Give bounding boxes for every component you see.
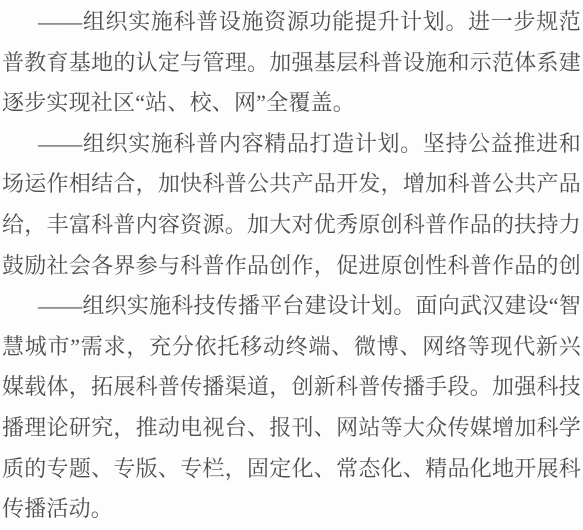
- text-line: ——组织实施科普设施资源功能提升计划。进一步规范科: [2, 2, 581, 43]
- paragraph-facility-program: ——组织实施科普设施资源功能提升计划。进一步规范科 普教育基地的认定与管理。加强…: [2, 2, 581, 124]
- text-line: 鼓励社会各界参与科普作品创作，促进原创性科普作品的创作: [2, 246, 581, 287]
- text-line: ——组织实施科技传播平台建设计划。面向武汉建设“智: [2, 286, 581, 327]
- text-line: 传播活动。: [2, 489, 581, 530]
- text-line: 媒载体，拓展科普传播渠道，创新科普传播手段。加强科技传: [2, 367, 581, 408]
- paragraph-content-program: ——组织实施科普内容精品打造计划。坚持公益推进和市 场运作相结合，加快科普公共产…: [2, 124, 581, 286]
- text-line: 播理论研究，推动电视台、报刊、网站等大众传媒增加科学素: [2, 408, 581, 449]
- text-line: 质的专题、专版、专栏，固定化、常态化、精品化地开展科普: [2, 449, 581, 490]
- paragraph-media-platform-program: ——组织实施科技传播平台建设计划。面向武汉建设“智 慧城市”需求，充分依托移动终…: [2, 286, 581, 530]
- text-line: 逐步实现社区“站、校、网”全覆盖。: [2, 83, 581, 124]
- text-line: 慧城市”需求，充分依托移动终端、微博、网络等现代新兴传: [2, 327, 581, 368]
- document-page: ——组织实施科普设施资源功能提升计划。进一步规范科 普教育基地的认定与管理。加强…: [0, 0, 583, 530]
- text-line: ——组织实施科普内容精品打造计划。坚持公益推进和市: [2, 124, 581, 165]
- text-line: 场运作相结合，加快科普公共产品开发，增加科普公共产品供: [2, 164, 581, 205]
- text-line: 给，丰富科普内容资源。加大对优秀原创科普作品的扶持力度，: [2, 205, 581, 246]
- text-line: 普教育基地的认定与管理。加强基层科普设施和示范体系建设: [2, 43, 581, 84]
